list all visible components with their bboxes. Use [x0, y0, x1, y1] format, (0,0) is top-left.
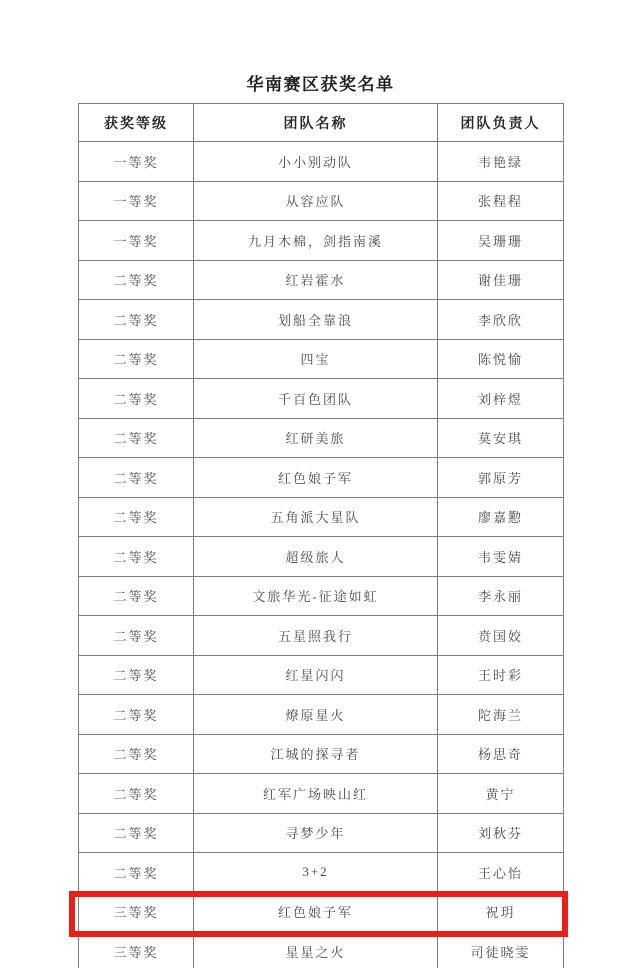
cell-team-name: 从容应队	[194, 181, 438, 221]
cell-team-leader: 李永丽	[438, 576, 564, 616]
cell-award-level: 二等奖	[79, 774, 194, 814]
cell-team-leader: 郭原芳	[438, 458, 564, 498]
table-row: 二等奖 五角派大星队 廖嘉懃	[79, 497, 564, 537]
cell-team-name: 五星照我行	[194, 616, 438, 656]
table-row: 二等奖 燎原星火 陀海兰	[79, 695, 564, 735]
table-row: 二等奖 寻梦少年 刘秋芬	[79, 813, 564, 853]
cell-team-name: 星星之火	[194, 932, 438, 968]
cell-award-level: 二等奖	[79, 695, 194, 735]
cell-award-level: 二等奖	[79, 813, 194, 853]
table-row-highlighted: 三等奖 红色娘子军 祝玥	[79, 892, 564, 932]
table-row: 三等奖 星星之火 司徒晓雯	[79, 932, 564, 968]
cell-award-level: 二等奖	[79, 418, 194, 458]
cell-award-level: 二等奖	[79, 576, 194, 616]
cell-team-leader: 陈悦愉	[438, 339, 564, 379]
table-row: 二等奖 红色娘子军 郭原芳	[79, 458, 564, 498]
table-row: 二等奖 红研美旅 莫安琪	[79, 418, 564, 458]
cell-award-level: 二等奖	[79, 734, 194, 774]
table-row: 二等奖 红星闪闪 王时彩	[79, 655, 564, 695]
cell-team-leader: 司徒晓雯	[438, 932, 564, 968]
cell-award-level: 二等奖	[79, 853, 194, 893]
cell-team-name: 红星闪闪	[194, 655, 438, 695]
cell-team-leader: 刘秋芬	[438, 813, 564, 853]
cell-team-name: 划船全靠浪	[194, 300, 438, 340]
cell-award-level: 一等奖	[79, 221, 194, 261]
cell-award-level: 二等奖	[79, 497, 194, 537]
cell-award-level: 二等奖	[79, 655, 194, 695]
cell-team-leader: 贲国姣	[438, 616, 564, 656]
cell-team-name: 红研美旅	[194, 418, 438, 458]
cell-award-level: 二等奖	[79, 379, 194, 419]
table-row: 二等奖 3+2 王心怡	[79, 853, 564, 893]
cell-team-leader: 张程程	[438, 181, 564, 221]
cell-team-name: 四宝	[194, 339, 438, 379]
table-row: 一等奖 九月木棉，剑指南溪 吴珊珊	[79, 221, 564, 261]
award-table: 获奖等级 团队名称 团队负责人 一等奖 小小别动队 韦艳绿 一等奖 从容应队 张…	[78, 103, 564, 968]
page-title: 华南赛区获奖名单	[78, 70, 563, 95]
cell-team-leader: 杨思奇	[438, 734, 564, 774]
table-row: 二等奖 超级旅人 韦雯婧	[79, 537, 564, 577]
cell-team-name: 九月木棉，剑指南溪	[194, 221, 438, 261]
cell-team-leader: 李欣欣	[438, 300, 564, 340]
table-row: 二等奖 文旅华光-征途如虹 李永丽	[79, 576, 564, 616]
header-team-name: 团队名称	[194, 104, 438, 142]
cell-award-level: 一等奖	[79, 181, 194, 221]
table-row: 二等奖 千百色团队 刘梓煜	[79, 379, 564, 419]
cell-team-name: 红色娘子军	[194, 458, 438, 498]
cell-team-leader: 陀海兰	[438, 695, 564, 735]
cell-team-leader: 黄宁	[438, 774, 564, 814]
header-team-leader: 团队负责人	[438, 104, 564, 142]
table-row: 二等奖 江城的探寻者 杨思奇	[79, 734, 564, 774]
table-row: 一等奖 小小别动队 韦艳绿	[79, 142, 564, 182]
cell-team-leader: 谢佳珊	[438, 260, 564, 300]
cell-team-name: 江城的探寻者	[194, 734, 438, 774]
table-header-row: 获奖等级 团队名称 团队负责人	[79, 104, 564, 142]
table-row: 一等奖 从容应队 张程程	[79, 181, 564, 221]
cell-award-level: 二等奖	[79, 260, 194, 300]
cell-award-level: 二等奖	[79, 300, 194, 340]
cell-award-level: 二等奖	[79, 458, 194, 498]
table-row: 二等奖 红军广场映山红 黄宁	[79, 774, 564, 814]
cell-team-leader: 廖嘉懃	[438, 497, 564, 537]
cell-team-name: 3+2	[194, 853, 438, 893]
cell-award-level: 三等奖	[79, 932, 194, 968]
cell-team-name: 燎原星火	[194, 695, 438, 735]
cell-award-level: 二等奖	[79, 537, 194, 577]
cell-team-leader: 祝玥	[438, 892, 564, 932]
cell-team-name: 千百色团队	[194, 379, 438, 419]
cell-team-name: 小小别动队	[194, 142, 438, 182]
cell-award-level: 二等奖	[79, 339, 194, 379]
cell-team-leader: 韦雯婧	[438, 537, 564, 577]
cell-award-level: 三等奖	[79, 892, 194, 932]
cell-team-name: 文旅华光-征途如虹	[194, 576, 438, 616]
table-row: 二等奖 五星照我行 贲国姣	[79, 616, 564, 656]
header-award-level: 获奖等级	[79, 104, 194, 142]
document-page: 华南赛区获奖名单 获奖等级 团队名称 团队负责人 一等奖 小小别动队 韦艳绿 一…	[0, 0, 641, 968]
cell-team-leader: 莫安琪	[438, 418, 564, 458]
cell-team-name: 红色娘子军	[194, 892, 438, 932]
cell-award-level: 二等奖	[79, 616, 194, 656]
cell-team-name: 红军广场映山红	[194, 774, 438, 814]
table-row: 二等奖 划船全靠浪 李欣欣	[79, 300, 564, 340]
cell-team-name: 寻梦少年	[194, 813, 438, 853]
cell-team-leader: 刘梓煜	[438, 379, 564, 419]
table-row: 二等奖 四宝 陈悦愉	[79, 339, 564, 379]
cell-team-name: 超级旅人	[194, 537, 438, 577]
cell-team-leader: 王心怡	[438, 853, 564, 893]
cell-team-leader: 韦艳绿	[438, 142, 564, 182]
cell-award-level: 一等奖	[79, 142, 194, 182]
table-row: 二等奖 红岩霍水 谢佳珊	[79, 260, 564, 300]
cell-team-leader: 吴珊珊	[438, 221, 564, 261]
cell-team-leader: 王时彩	[438, 655, 564, 695]
cell-team-name: 五角派大星队	[194, 497, 438, 537]
cell-team-name: 红岩霍水	[194, 260, 438, 300]
